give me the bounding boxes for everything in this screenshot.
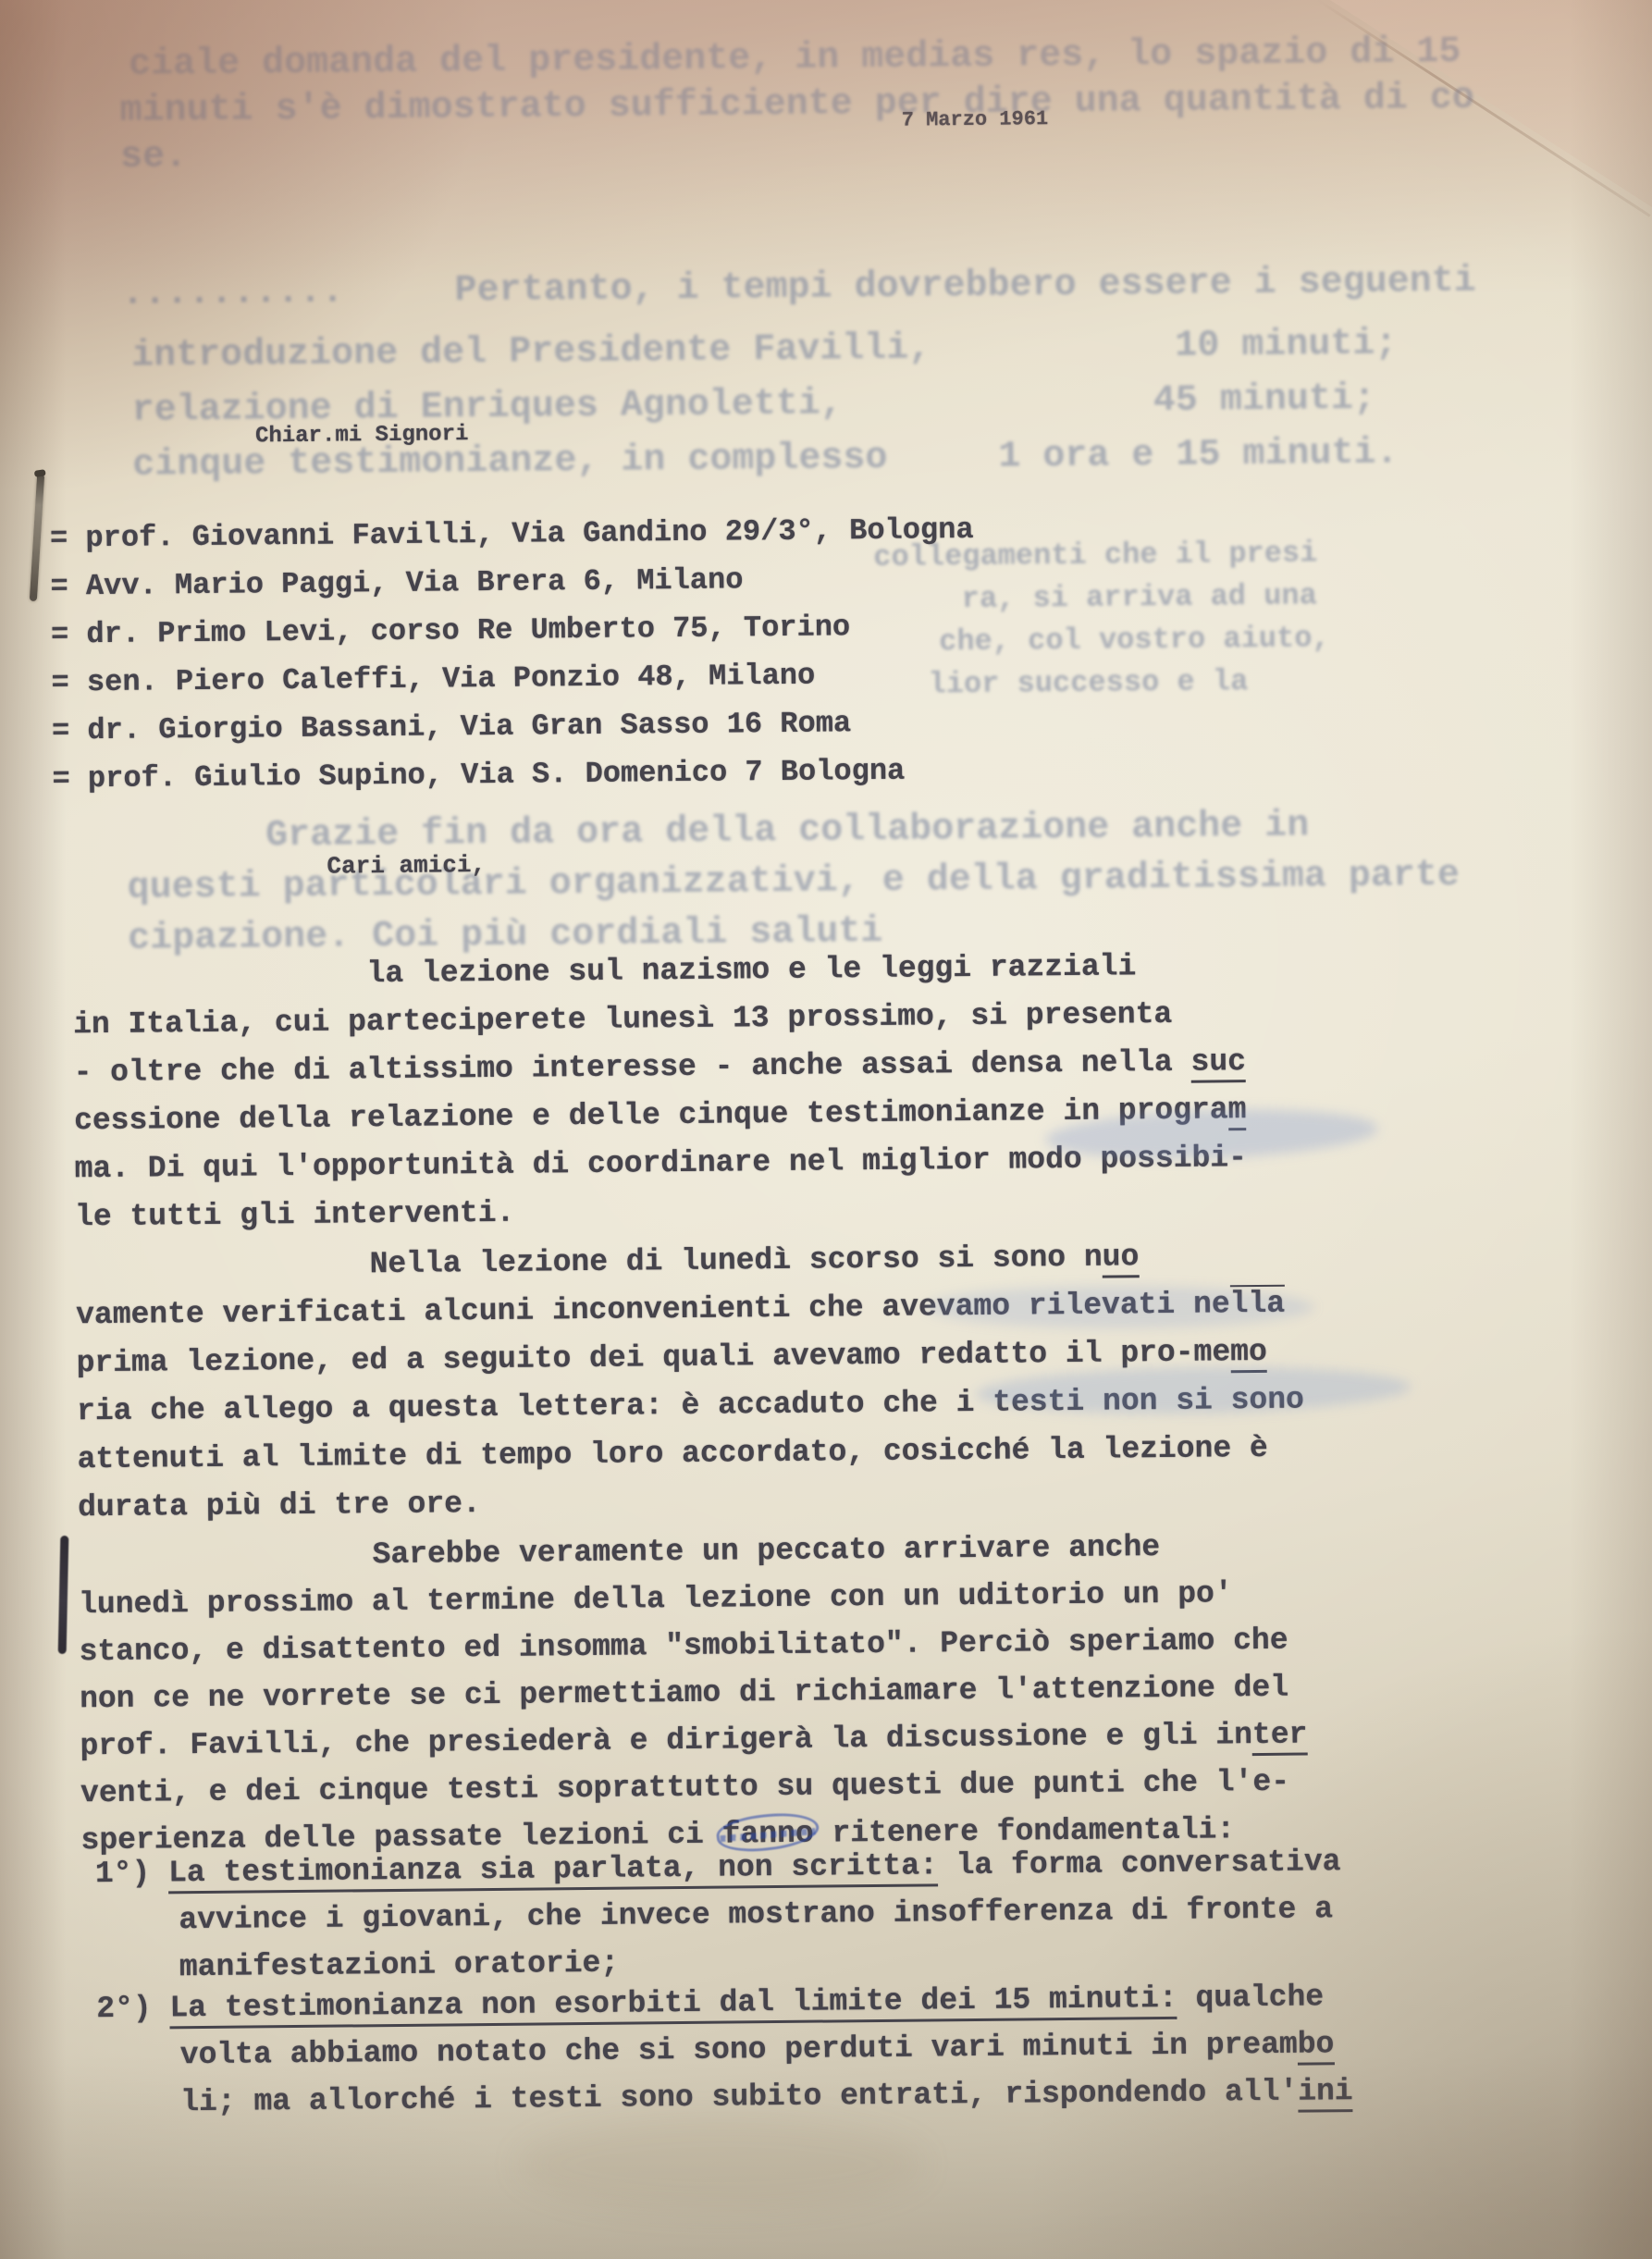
- date-line: 7 Marzo 1961: [902, 105, 1049, 135]
- paper-stain: [518, 2118, 925, 2211]
- text-line: = dr. Giorgio Bassani, Via Gran Sasso 16…: [52, 698, 976, 756]
- text-line: li; ma allorché i testi sono subito entr…: [180, 2068, 1353, 2126]
- list-item-1: 1°) La testimonianza sia parlata, non sc…: [95, 1838, 1342, 1992]
- text-line: 7 Marzo 1961: [902, 105, 1049, 135]
- letter-photo: ciale domanda del presidente, in medias …: [0, 0, 1652, 2259]
- list-item-2: 2°) La testimonianza non esorbiti dal li…: [96, 1973, 1353, 2127]
- text-line: = sen. Piero Caleffi, Via Ponzio 48, Mil…: [51, 650, 975, 708]
- text-line: Cari amici,: [327, 849, 486, 883]
- paragraph-3: Sarebbe veramente un peccato arrivare an…: [78, 1523, 1308, 1865]
- typed-layer: 7 Marzo 1961Chiar.mi Signori= prof. Giov…: [0, 0, 1652, 2259]
- greeting: Cari amici,: [327, 849, 486, 883]
- text-line: = Avv. Mario Paggi, Via Brera 6, Milano: [50, 554, 974, 611]
- text-line: = prof. Giulio Supino, Via S. Domenico 7…: [52, 747, 976, 804]
- text-line: Nella lezione di lunedì scorso si sono n…: [369, 1232, 1302, 1290]
- text-line: = prof. Giovanni Favilli, Via Gandino 29…: [50, 506, 974, 563]
- text-line: = dr. Primo Levi, corso Re Umberto 75, T…: [51, 602, 975, 660]
- paragraph-2: Nella lezione di lunedì scorso si sono n…: [75, 1232, 1305, 1533]
- recipient-list: = prof. Giovanni Favilli, Via Gandino 29…: [50, 506, 977, 804]
- text-line: Chiar.mi Signori: [255, 420, 469, 451]
- paragraph-1: la lezione sul nazismo e le leggi razzia…: [72, 942, 1247, 1241]
- text-line: la lezione sul nazismo e le leggi razzia…: [366, 942, 1245, 998]
- text-line: le tutti gli interventi.: [75, 1182, 1248, 1241]
- salutation: Chiar.mi Signori: [255, 420, 469, 451]
